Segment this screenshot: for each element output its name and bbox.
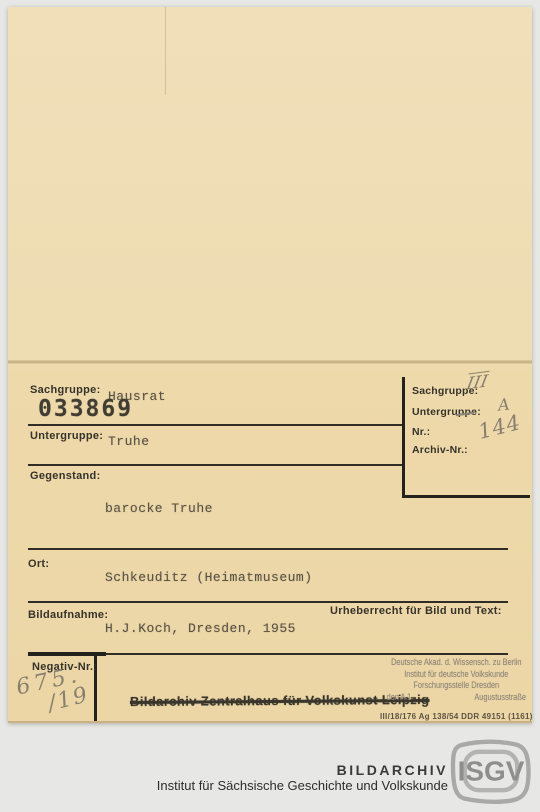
rule-above-bildaufnahme — [28, 601, 508, 603]
card-bottom-edge — [8, 721, 532, 723]
print-code: III/18/176 Ag 138/54 DDR 49151 (1161) — [380, 712, 533, 721]
index-archiv-nr-handwritten-value: 144 — [476, 410, 524, 444]
index-sachgruppe-handwritten-value: III — [465, 372, 490, 395]
institution-stamp-line4-right: Augustusstraße — [474, 692, 526, 704]
scanned-archive-card-page: Sachgruppe: Hausrat 033869 Untergruppe: … — [0, 0, 540, 812]
inventory-stamp-number: 033869 — [38, 396, 133, 422]
institution-stamp: Deutsche Akad. d. Wissensch. zu Berlin I… — [387, 657, 526, 703]
index-nr-label: Nr.: — [412, 426, 430, 438]
paper-crease-vertical — [165, 7, 166, 95]
untergruppe-label: Untergruppe: — [30, 430, 103, 442]
isgv-logo-text: ISGV — [458, 756, 525, 787]
institution-stamp-line2: Institut für deutsche Volkskunde — [387, 669, 526, 681]
institution-stamp-line1: Deutsche Akad. d. Wissensch. zu Berlin — [387, 657, 526, 669]
footer-branding: BILDARCHIV Institut für Sächsische Gesch… — [157, 762, 448, 793]
rule-under-untergruppe — [28, 464, 404, 466]
ort-value: Schkeuditz (Heimatmuseum) — [105, 570, 313, 585]
isgv-logo-graphic: ISGV — [450, 734, 532, 808]
institution-stamp-line3: Forschungsstelle Dresden — [387, 680, 526, 692]
index-box-bottom-border — [402, 495, 530, 498]
index-box-left-border — [402, 377, 405, 498]
footer-subtitle: Institut für Sächsische Geschichte und V… — [157, 778, 448, 793]
bildaufnahme-value: H.J.Koch, Dresden, 1955 — [105, 621, 296, 636]
untergruppe-value: Truhe — [108, 434, 150, 449]
urheberrecht-label: Urheberrecht für Bild und Text: — [330, 605, 502, 617]
isgv-logo: ISGV — [450, 734, 532, 812]
card-fold-line — [8, 360, 532, 364]
archive-card: Sachgruppe: Hausrat 033869 Untergruppe: … — [8, 7, 532, 723]
crossed-out-stamp: Bildarchiv Zentralhaus für Volkskunst Le… — [130, 692, 430, 709]
rule-under-sachgruppe — [28, 424, 402, 426]
rule-above-ort — [28, 548, 508, 550]
gegenstand-label: Gegenstand: — [30, 470, 101, 482]
ort-label: Ort: — [28, 558, 49, 570]
institution-stamp-line4-left: den A 1 — [387, 692, 412, 704]
gegenstand-value: barocke Truhe — [105, 501, 213, 516]
index-archiv-nr-label: Archiv-Nr.: — [412, 444, 468, 456]
sachgruppe-label: Sachgruppe: — [30, 384, 101, 396]
footer-title: BILDARCHIV — [157, 762, 448, 778]
bildaufnahme-label: Bildaufnahme: — [28, 609, 108, 621]
